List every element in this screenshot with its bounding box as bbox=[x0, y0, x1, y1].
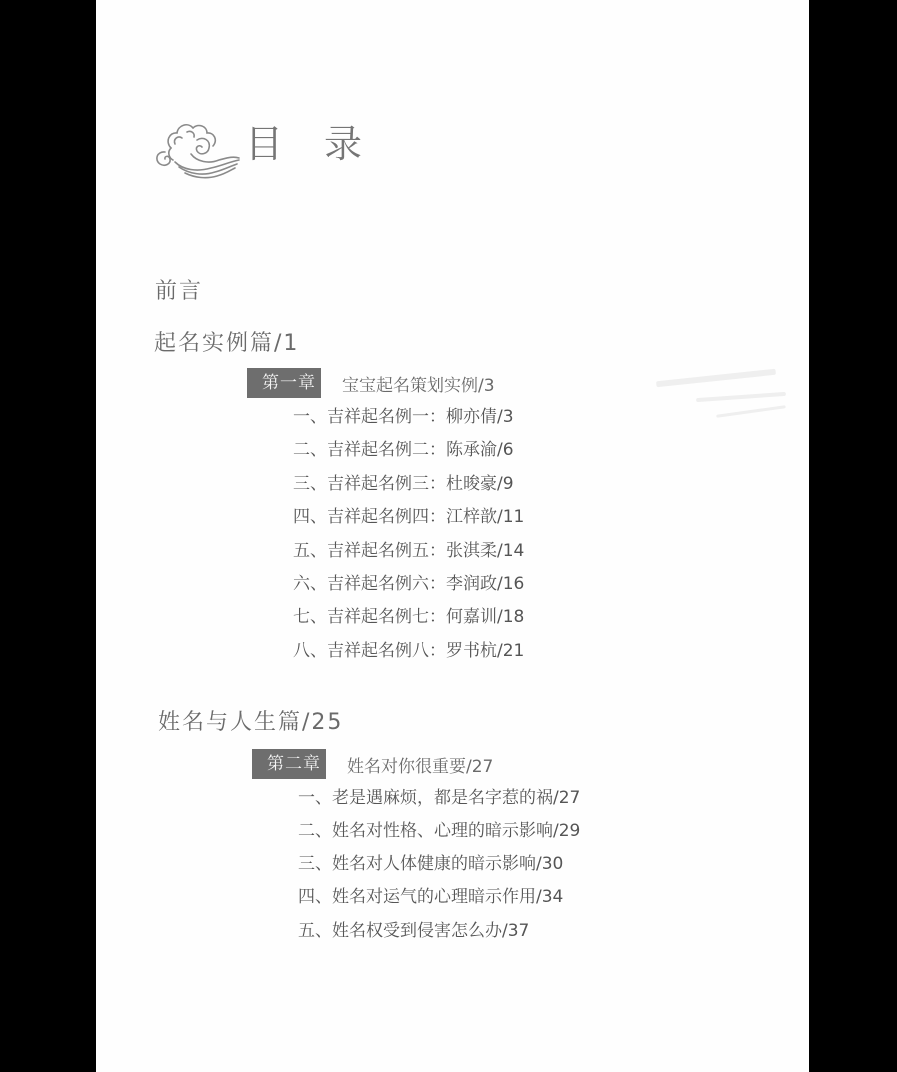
chapter-title: 宝宝起名策划实例/3 bbox=[342, 371, 495, 396]
chapter-badge: 第一章 bbox=[247, 368, 321, 398]
toc-part-1[interactable]: 起名实例篇/1 bbox=[154, 330, 299, 358]
toc-entry[interactable]: 四、吉祥起名例四：江梓歆/11 bbox=[293, 506, 524, 528]
toc-entry[interactable]: 二、吉祥起名例二：陈承渝/6 bbox=[293, 439, 514, 461]
scan-artifact bbox=[716, 405, 786, 418]
toc-entry[interactable]: 一、老是遇麻烦，都是名字惹的祸/27 bbox=[298, 787, 580, 809]
toc-entry[interactable]: 五、姓名权受到侵害怎么办/37 bbox=[298, 920, 529, 942]
title-char-mu: 目 bbox=[245, 120, 283, 168]
title-char-lu: 录 bbox=[324, 120, 362, 168]
toc-chapter-2[interactable]: 第二章 姓名对你很重要/27 bbox=[252, 749, 493, 779]
scan-artifact bbox=[696, 392, 786, 402]
toc-entry[interactable]: 五、吉祥起名例五：张淇柔/14 bbox=[293, 540, 524, 562]
scan-artifact bbox=[656, 369, 776, 388]
toc-entry[interactable]: 七、吉祥起名例七：何嘉训/18 bbox=[293, 606, 524, 628]
toc-entry[interactable]: 四、姓名对运气的心理暗示作用/34 bbox=[298, 886, 563, 908]
toc-chapter-1[interactable]: 第一章 宝宝起名策划实例/3 bbox=[247, 368, 495, 398]
toc-entry[interactable]: 二、姓名对性格、心理的暗示影响/29 bbox=[298, 820, 580, 842]
toc-part-2[interactable]: 姓名与人生篇/25 bbox=[158, 709, 343, 737]
toc-entry[interactable]: 八、吉祥起名例八：罗书杭/21 bbox=[293, 640, 524, 662]
toc-entry[interactable]: 三、吉祥起名例三：杜晙豪/9 bbox=[293, 473, 514, 495]
toc-entry[interactable]: 一、吉祥起名例一：柳亦倩/3 bbox=[293, 406, 514, 428]
toc-page: 目 录 前言 起名实例篇/1 第一章 宝宝起名策划实例/3 一、吉祥起名例一：柳… bbox=[96, 0, 809, 1072]
chapter-title: 姓名对你很重要/27 bbox=[347, 752, 493, 777]
toc-entry[interactable]: 三、姓名对人体健康的暗示影响/30 bbox=[298, 853, 563, 875]
toc-entry[interactable]: 六、吉祥起名例六：李润政/16 bbox=[293, 573, 524, 595]
auspicious-cloud-icon bbox=[151, 118, 243, 182]
chapter-badge: 第二章 bbox=[252, 749, 326, 779]
toc-preface[interactable]: 前言 bbox=[155, 278, 203, 306]
